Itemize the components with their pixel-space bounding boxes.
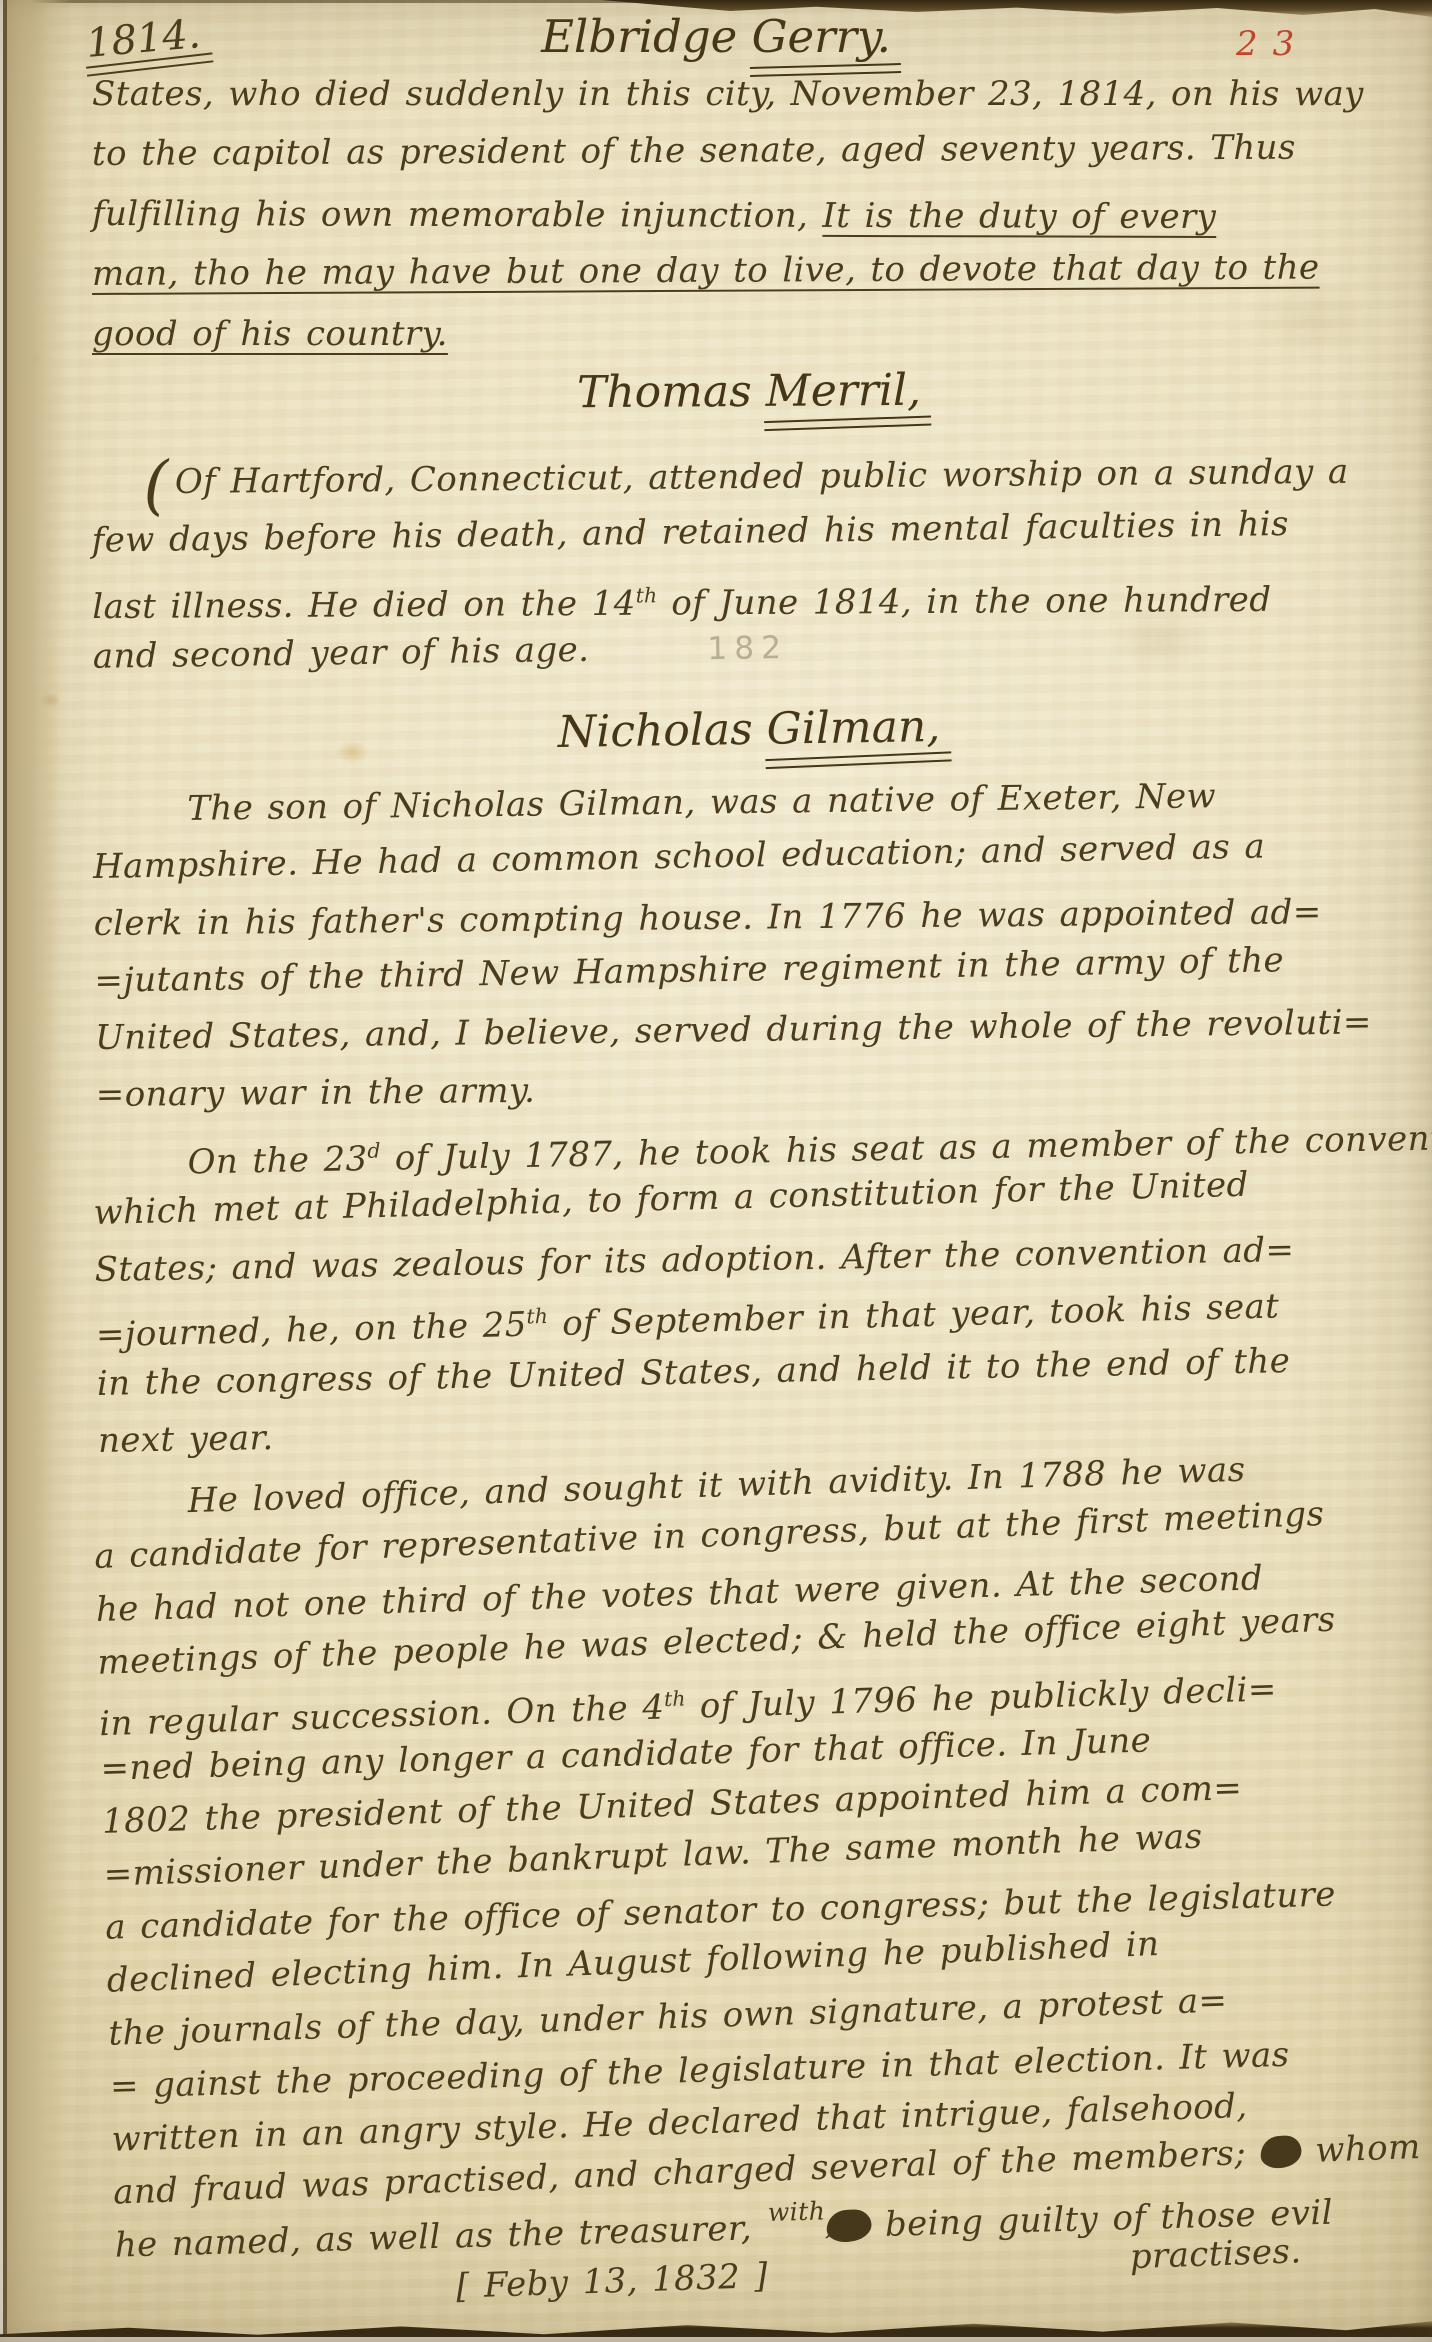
text-segment: States, who died suddenly in this city, … [92,74,1364,114]
segment-note: [ Feby 13, 1832 ] [455,2250,769,2314]
heading-text: Nicholas [557,704,767,758]
paragraph-gilman-convention: On the 23d of July 1787, he took his sea… [92,1103,1412,1470]
title-text: Elbridge [541,10,752,63]
text-segment: The son of Nicholas Gilman, was a native… [187,776,1216,829]
segment-blot: to [1259,2135,1302,2170]
page-number-red: 23 [1236,24,1309,64]
heading-thomas-merril: Thomas Merril, [92,361,1406,421]
text-segment: =jutants of the third New Hampshire regi… [94,940,1284,1001]
text-segment: fulfilling his own memorable injunction, [92,194,823,236]
text-segment: whom [1300,2127,1421,2171]
heading-text: Thomas [577,366,766,418]
paragraph-gilman-career: He loved office, and sought it with avid… [92,1439,1431,2326]
segment-u: It is the duty of every [822,196,1216,237]
manuscript-line: man, tho he may have but one day to live… [92,237,1406,304]
segment-sup: d [367,1138,381,1162]
segment-sup: th [526,1304,548,1329]
segment-sup: th [664,1686,686,1711]
segment-sup: th [636,583,657,607]
text-segment: United States, and, I believe, served du… [95,1002,1372,1058]
segment-pencil: 182 [707,630,788,667]
text-segment: few days before his death, and retained … [91,504,1289,561]
paragraph-thomas-merril: (Of Hartford, Connecticut, attended publ… [91,442,1407,685]
segment-ins: with [767,2196,825,2227]
text-segment: next year. [98,1418,274,1461]
paragraph-gerry-continuation: States, who died suddenly in this city, … [92,64,1406,364]
heading-nicholas-gilman: Nicholas Gilman, [92,694,1407,766]
manuscript-line: to the capitol as president of the senat… [92,117,1406,184]
text-segment: Of Hartford, Connecticut, attended publi… [175,452,1349,502]
binding-shadow-left [7,0,59,2342]
heading-underlined-text: Merril, [766,365,922,417]
text-segment: =journed, he, on the 25 [96,1305,528,1356]
manuscript-line: States, who died suddenly in this city, … [92,64,1406,124]
heading-underlined-text: Gilman, [766,701,940,755]
title-underlined-text: Gerry. [752,10,891,63]
paragraph-gilman-early-life: The son of Nicholas Gilman, was a native… [92,766,1410,1124]
text-segment: to the capitol as president of the senat… [92,128,1296,174]
text-segment: =onary war in the army. [96,1071,536,1115]
manuscript-page: 1814. Elbridge Gerry. 23 23 States, who … [0,0,1432,2342]
segment-u: good of his country. [92,314,448,354]
manuscript-line: good of his country. [92,304,1406,364]
page-title: Elbridge Gerry. [0,10,1432,63]
text-segment: On the 23 [187,1139,368,1182]
text-segment: Hampshire. He had a common school educat… [93,827,1266,887]
segment-blot: as [825,2208,871,2243]
segment-u: man, tho he may have but one day to live… [92,248,1320,294]
text-segment: and second year of his age. [93,630,590,677]
segment-tail: practises. [1129,2225,1302,2284]
